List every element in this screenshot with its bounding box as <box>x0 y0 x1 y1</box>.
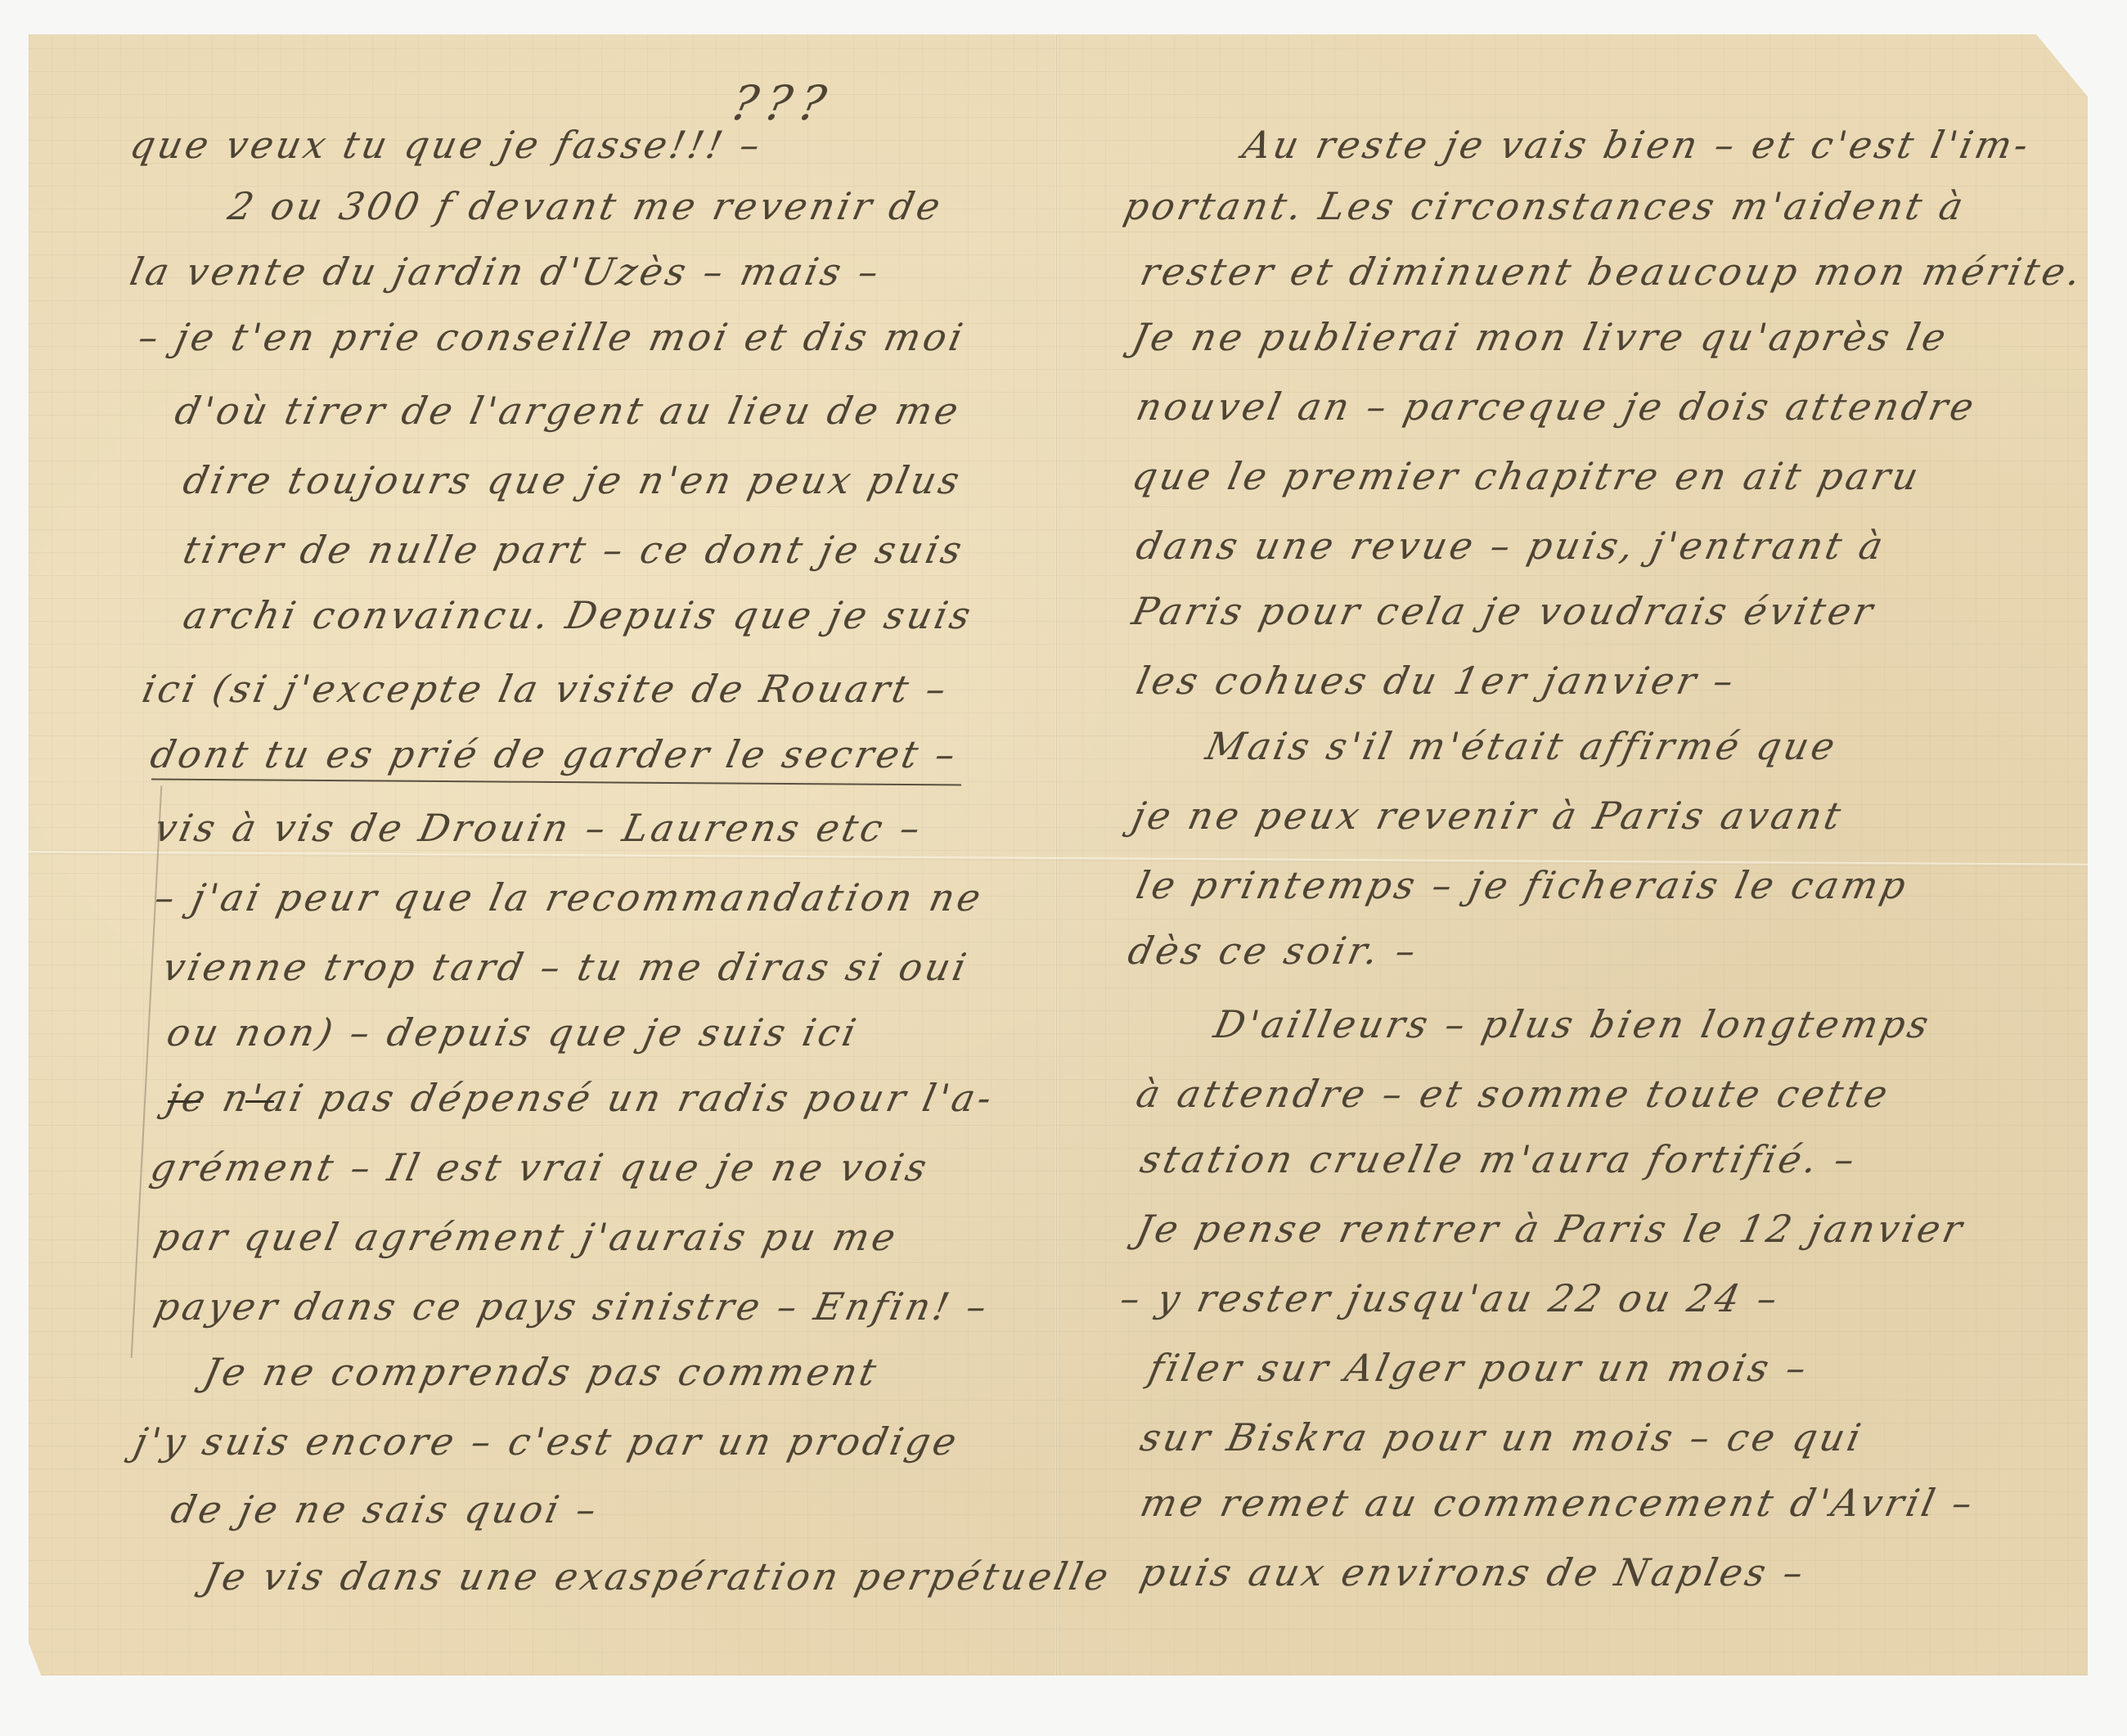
text-line: archi convaincu. Depuis que je suis <box>179 593 978 637</box>
vertical-fold-crease <box>1055 34 1058 1675</box>
text-line: à attendre – et somme toute cette <box>1132 1072 1895 1116</box>
text-line: la vente du jardin d'Uzès – mais – <box>126 250 885 294</box>
text-line: Je pense rentrer à Paris le 12 janvier <box>1132 1207 1969 1251</box>
text-line: d'où tirer de l'argent au lieu de me <box>171 389 965 433</box>
text-line: par quel agrément j'aurais pu me <box>151 1215 902 1259</box>
text-line: le printemps – je ficherais le camp <box>1132 863 1913 907</box>
text-line underlined: dont tu es prié de garder le secret – <box>146 732 962 776</box>
text-line: ici (si j'excepte la visite de Rouart – <box>138 667 953 711</box>
text-line: dès ce soir. – <box>1124 929 1423 973</box>
text-line: puis aux environs de Naples – <box>1136 1550 1810 1594</box>
text-line: Paris pour cela je voudrais éviter <box>1128 589 1880 633</box>
text-line: nouvel an – parceque je dois attendre <box>1132 385 1981 429</box>
text-line: que le premier chapitre en ait paru <box>1128 454 1925 498</box>
text-line: vienne trop tard – tu me diras si oui <box>159 945 973 989</box>
text-line: payer dans ce pays sinistre – Enfin! – <box>151 1284 993 1329</box>
text-line: Mais s'il m'était affirmé que <box>1202 724 1841 768</box>
text-line: portant. Les circonstances m'aident à <box>1120 184 1970 228</box>
text-line: – y rester jusqu'au 22 ou 24 – <box>1116 1276 1784 1320</box>
text-line: de je ne sais quoi – <box>167 1487 603 1531</box>
text-line: rester et diminuent beaucoup mon mérite. <box>1136 250 2088 294</box>
text-line: tirer de nulle part – ce dont je suis <box>179 528 969 572</box>
text-line: Au reste je vais bien – et c'est l'im- <box>1239 123 2035 167</box>
text-line: ou non) – depuis que je suis ici <box>163 1010 863 1055</box>
text-line: – je t'en prie conseille moi et dis moi <box>134 315 969 359</box>
text-line: Je vis dans une exaspération perpétuelle <box>200 1554 1115 1599</box>
text-line: sur Biskra pour un mois – ce qui <box>1136 1415 1868 1459</box>
text-line: Je ne comprends pas comment <box>200 1350 883 1394</box>
text-line: que veux tu que je fasse!!! – <box>126 123 767 167</box>
text-line: je ne peux revenir à Paris avant <box>1128 794 1848 838</box>
text-line: me remet au commencement d'Avril – <box>1136 1481 1979 1525</box>
text-line: les cohues du 1er janvier – <box>1132 659 1740 703</box>
text-line: je n'ai pas dépensé un radis pour l'a- <box>163 1076 999 1120</box>
text-line: dire toujours que je n'en peux plus <box>179 458 966 502</box>
text-line: 2 ou 300 f devant me revenir de <box>224 184 947 228</box>
text-line: D'ailleurs – plus bien longtemps <box>1210 1002 1936 1046</box>
text-line: – j'ai peur que la recommandation ne <box>151 875 987 920</box>
text-line: j'y suis encore – c'est par un prodige <box>130 1419 964 1464</box>
strikethrough-mark <box>245 1100 274 1103</box>
text-line: dans une revue – puis, j'entrant à <box>1132 524 1890 568</box>
text-line: vis à vis de Drouin – Laurens etc – <box>151 806 927 850</box>
text-line: grément – Il est vrai que je ne vois <box>146 1145 933 1190</box>
text-line: Je ne publierai mon livre qu'après le <box>1128 315 1953 359</box>
text-line: station cruelle m'aura fortifié. – <box>1136 1137 1861 1181</box>
strikethrough-mark <box>168 1100 200 1103</box>
text-line: filer sur Alger pour un mois – <box>1144 1346 1813 1390</box>
